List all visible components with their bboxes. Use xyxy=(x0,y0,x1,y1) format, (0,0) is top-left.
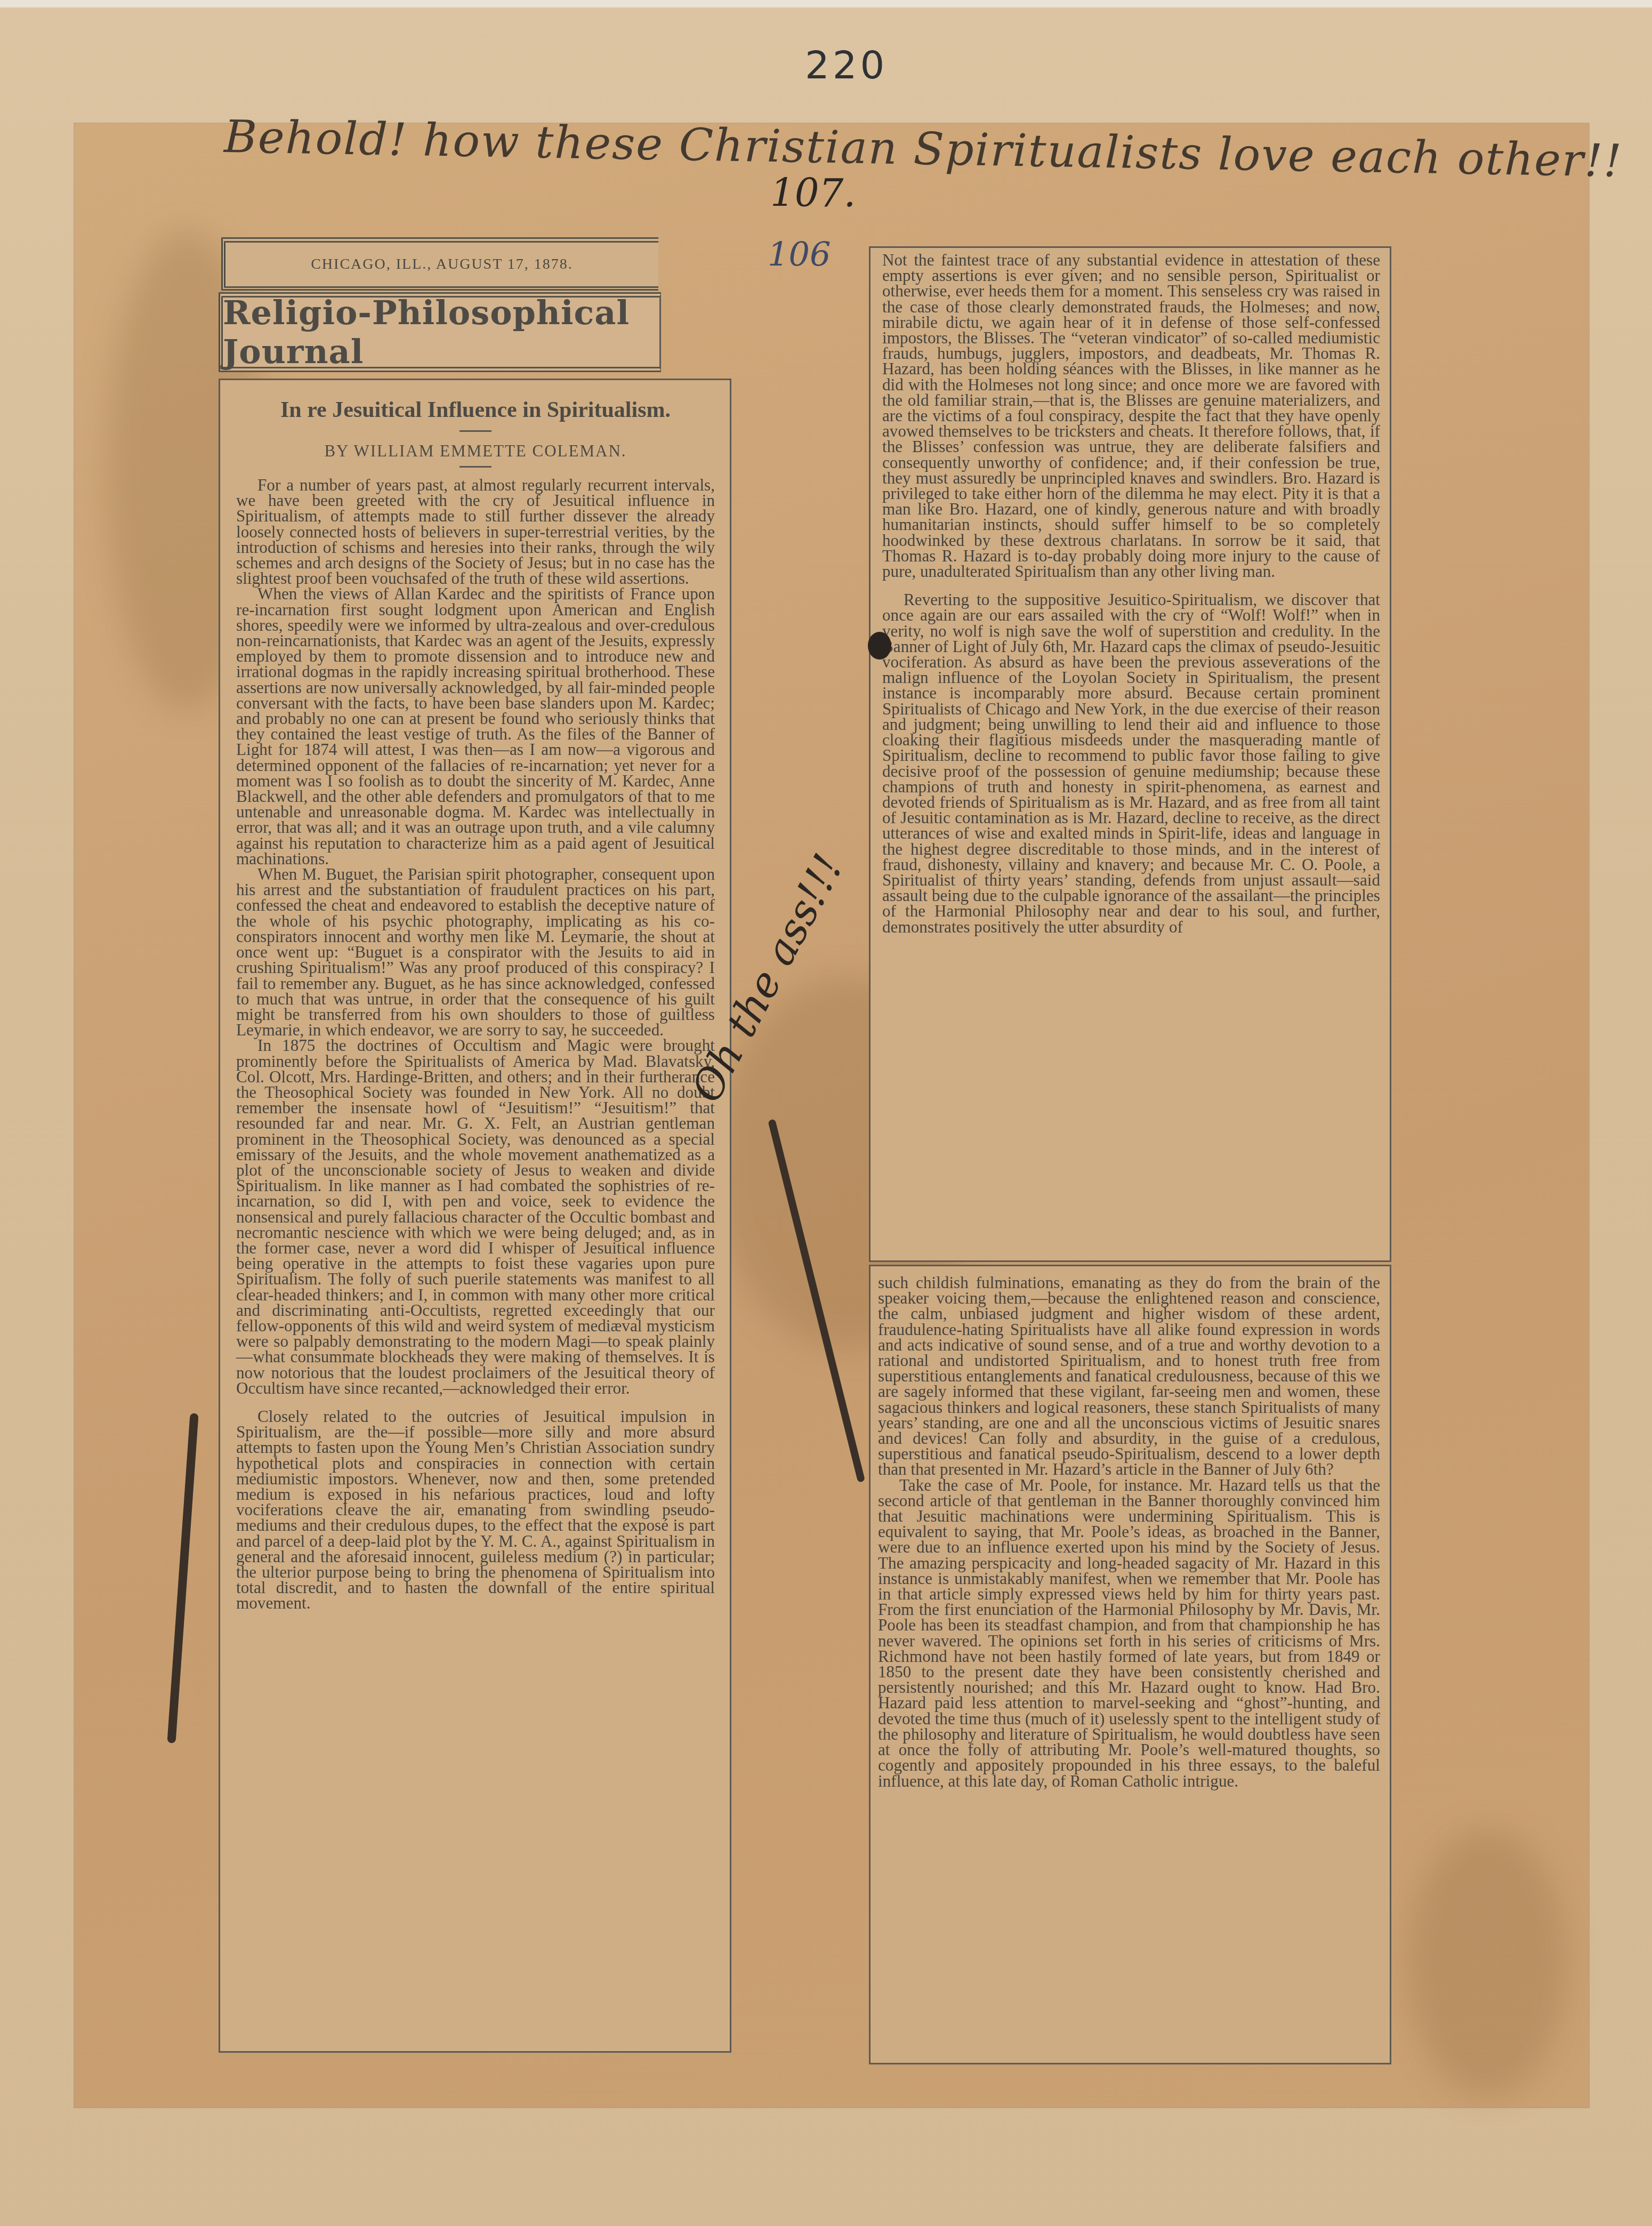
article-right-column-top: Not the faintest trace of any substantia… xyxy=(869,246,1391,1262)
dateline-text: CHICAGO, ILL., AUGUST 17, 1878. xyxy=(311,256,573,273)
paragraph: Closely related to the outcries of Jesui… xyxy=(236,1409,715,1611)
water-stain xyxy=(1407,1830,1567,2096)
page-number: 220 xyxy=(805,43,888,87)
paragraph: Take the case of Mr. Poole, for instance… xyxy=(878,1477,1380,1789)
handwritten-ref-107: 107. xyxy=(770,171,856,215)
paragraph: When the views of Allan Kardec and the s… xyxy=(236,586,715,866)
paragraph: Reverting to the suppositive Jesuitico-S… xyxy=(882,592,1380,934)
paragraph: When M. Buguet, the Parisian spirit phot… xyxy=(236,866,715,1038)
article-headline: In re Jesuitical Influence in Spirituali… xyxy=(236,397,715,423)
handwritten-ref-106: 106 xyxy=(768,235,831,274)
article-left-column: In re Jesuitical Influence in Spirituali… xyxy=(219,379,731,2053)
page-number-text: 220 xyxy=(805,43,888,87)
paragraph: such childish fulminations, emanating as… xyxy=(878,1275,1380,1477)
article-body-right-top: Not the faintest trace of any substantia… xyxy=(882,252,1380,935)
divider-rule xyxy=(460,430,491,432)
paragraph: Not the faintest trace of any substantia… xyxy=(882,252,1380,579)
masthead-clipping: Religio-Philosophical Journal xyxy=(219,292,661,372)
dateline-clipping: CHICAGO, ILL., AUGUST 17, 1878. xyxy=(221,237,658,291)
article-body-left: For a number of years past, at almost re… xyxy=(236,477,715,1611)
ink-blot xyxy=(868,632,891,660)
divider-rule xyxy=(460,466,491,468)
masthead-title: Religio-Philosophical Journal xyxy=(223,293,659,371)
article-right-column-bottom: such childish fulminations, emanating as… xyxy=(869,1265,1391,2064)
article-byline: BY WILLIAM EMMETTE COLEMAN. xyxy=(236,441,715,461)
paragraph: For a number of years past, at almost re… xyxy=(236,477,715,586)
article-body-right-bottom: such childish fulminations, emanating as… xyxy=(878,1275,1380,1789)
paragraph: In 1875 the doctrines of Occultism and M… xyxy=(236,1038,715,1396)
